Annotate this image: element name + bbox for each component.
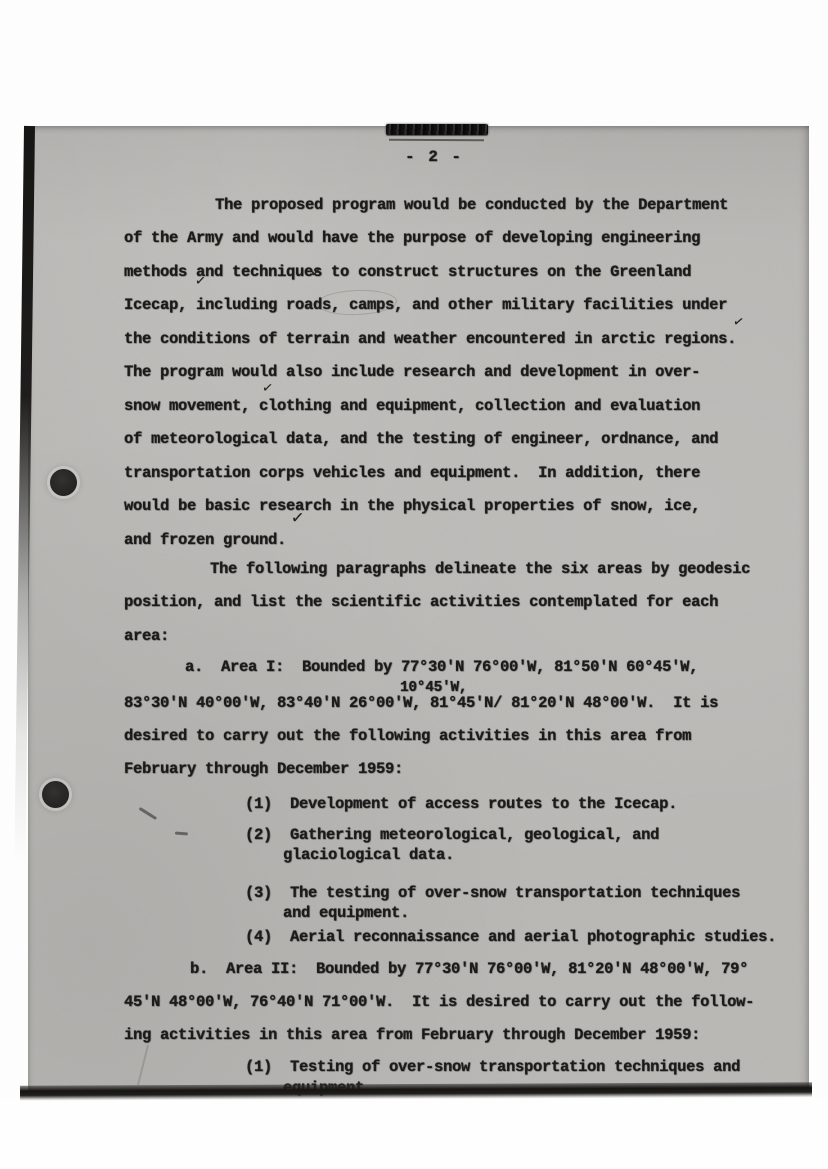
text-line: transportation corps vehicles and equipm… [124,464,700,483]
check-mark: ✓ [290,507,305,527]
text-line: The following paragraphs delineate the s… [210,560,750,579]
list-item: (4) Aerial reconnaissance and aerial pho… [245,928,776,947]
text-line: Icecap, including roads, camps, and othe… [124,296,727,315]
text-line: area: [124,627,169,646]
scanned-document-page: - 2 - The proposed program would be cond… [0,0,828,1169]
punch-hole [50,469,77,496]
text-line: would be basic research in the physical … [124,497,700,516]
list-item: (3) The testing of over-snow transportat… [245,884,740,903]
text-line: February through December 1959: [124,760,403,779]
text-line: 45'N 48°00'W, 76°40'N 71°00'W. It is des… [124,993,754,1012]
page-number: - 2 - [405,148,463,167]
text-line: The proposed program would be conducted … [215,196,728,215]
text-line: a. Area I: Bounded by 77°30'N 76°00'W, 8… [185,658,698,677]
list-item: (1) Testing of over-snow transportation … [245,1058,740,1077]
list-item-continuation: and equipment. [283,904,409,923]
text-line: snow movement, clothing and equipment, c… [124,397,700,416]
punch-hole [42,781,69,808]
text-line: the conditions of terrain and weather en… [124,330,736,349]
scan-background [0,1098,828,1169]
text-line: desired to carry out the following activ… [124,727,691,746]
check-mark: ✓ [261,380,274,396]
text-line: methods and techniques to construct stru… [124,263,691,282]
list-item-continuation: glaciological data. [283,846,454,865]
check-mark: ✓ [194,273,206,289]
text-line: position, and list the scientific activi… [124,593,718,612]
text-line: and frozen ground. [124,531,286,550]
text-line: of meteorological data, and the testing … [124,430,718,449]
list-item: (1) Development of access routes to the … [245,795,677,814]
text-line: 83°30'N 40°00'W, 83°40'N 26°00'W, 81°45'… [124,694,718,713]
list-item: (2) Gathering meteorological, geological… [245,826,659,845]
text-line: ing activities in this area from Februar… [124,1026,700,1045]
text-line: of the Army and would have the purpose o… [124,229,700,248]
text-line: The program would also include research … [124,363,700,382]
scratched-out-heading [386,124,488,135]
text-line: b. Area II: Bounded by 77°30'N 76°00'W, … [190,960,748,979]
